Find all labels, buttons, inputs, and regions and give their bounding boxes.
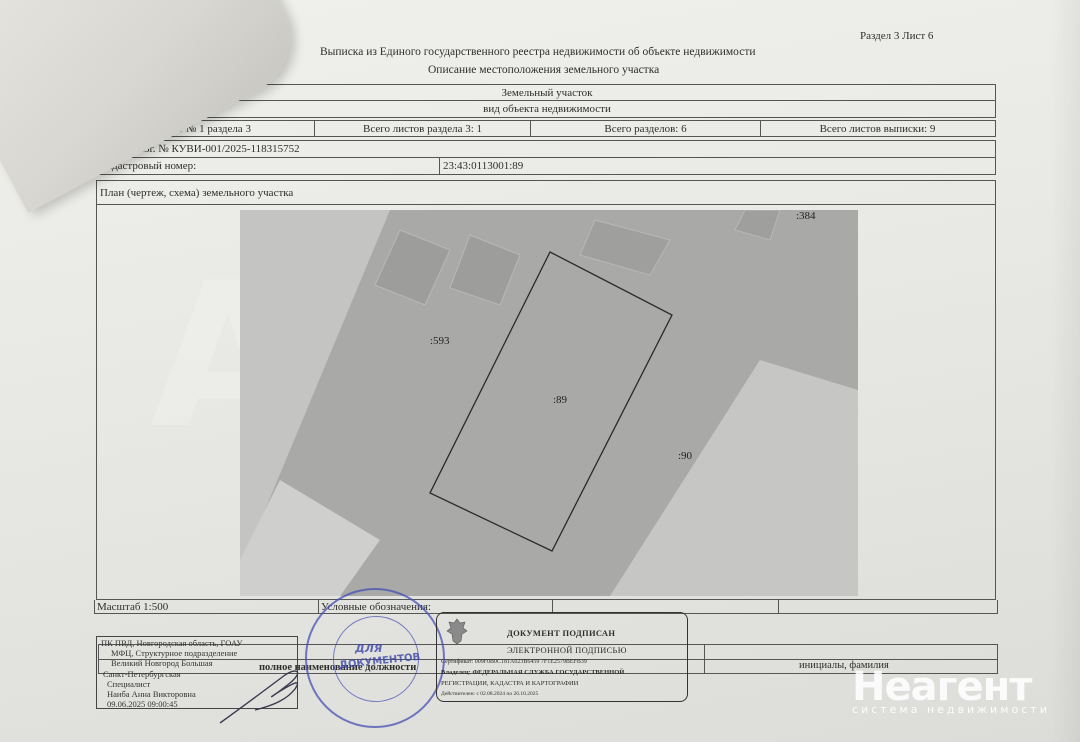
neagent-watermark-subtitle: система недвижимости bbox=[852, 703, 1050, 716]
signer-name: Наиба Анна Викторовна bbox=[107, 689, 196, 699]
section-sheets-total: Всего листов раздела 3: 1 bbox=[315, 121, 531, 136]
sheet-info-row: Лист № 1 раздела 3 Всего листов раздела … bbox=[96, 120, 996, 137]
sections-total: Всего разделов: 6 bbox=[531, 121, 761, 136]
e-signature-certificate: Сертификат: 009F0B0C181A023B6459 7F1E257… bbox=[441, 659, 587, 665]
signer-line-3: Великий Новгород Большая bbox=[111, 658, 213, 668]
parcel-label-593: :593 bbox=[430, 335, 450, 347]
document-subtitle: Описание местоположения земельного участ… bbox=[428, 64, 659, 76]
scale: Масштаб 1:500 bbox=[95, 600, 319, 613]
official-stamp: ДЛЯ ДОКУМЕНТОВ bbox=[305, 588, 445, 728]
e-signature-owner-2: РЕГИСТРАЦИИ, КАДАСТРА И КАРТОГРАФИИ bbox=[441, 680, 578, 687]
signer-line-4: Санкт-Петербургская bbox=[103, 669, 181, 679]
document-title: Выписка из Единого государственного реес… bbox=[320, 46, 756, 58]
e-signature-title-1: ДОКУМЕНТ ПОДПИСАН bbox=[507, 628, 615, 638]
parcel-label-89: :89 bbox=[553, 394, 567, 406]
section-page-indicator: Раздел 3 Лист 6 bbox=[860, 30, 933, 42]
cadastral-label: Кадастровый номер: bbox=[97, 158, 440, 174]
plan-svg bbox=[240, 210, 858, 596]
handwritten-signature bbox=[215, 665, 315, 730]
e-signature-validity: Действителен: с 02.08.2024 по 26.10.2025 bbox=[441, 691, 538, 697]
e-signature-title-2: ЭЛЕКТРОННОЙ ПОДПИСЬЮ bbox=[507, 645, 627, 655]
cadastral-number: 23:43:0113001:89 bbox=[440, 158, 990, 174]
record-box: 06.06.2025г. № КУВИ-001/2025-118315752 К… bbox=[96, 140, 996, 175]
legend-cell-empty-2 bbox=[779, 600, 997, 613]
signer-timestamp: 09.06.2025 09:00:45 bbox=[107, 699, 178, 709]
signer-line-1: ПК ПВД, Новгородская область, ГОАУ bbox=[101, 638, 242, 648]
emblem-icon bbox=[445, 617, 469, 645]
plan-title: План (чертеж, схема) земельного участка bbox=[97, 181, 995, 205]
record-date-number: 06.06.2025г. № КУВИ-001/2025-118315752 bbox=[97, 141, 995, 158]
signer-line-2: МФЦ, Структурное подразделение bbox=[111, 648, 237, 658]
parcel-label-90: :90 bbox=[678, 450, 692, 462]
parcel-boundary bbox=[430, 252, 672, 551]
signer-position: Специалист bbox=[107, 679, 150, 689]
e-signature-owner-1: Владелец: ФЕДЕРАЛЬНАЯ СЛУЖБА ГОСУДАРСТВЕ… bbox=[441, 669, 624, 676]
e-signature-box: ДОКУМЕНТ ПОДПИСАН ЭЛЕКТРОННОЙ ПОДПИСЬЮ С… bbox=[436, 612, 688, 702]
parcel-label-384: :384 bbox=[796, 210, 816, 222]
extract-sheets-total: Всего листов выписки: 9 bbox=[761, 121, 994, 136]
stamp-text-1: ДЛЯ bbox=[355, 642, 382, 655]
plan-drawing: :89 :593 :90 :384 bbox=[240, 210, 858, 596]
